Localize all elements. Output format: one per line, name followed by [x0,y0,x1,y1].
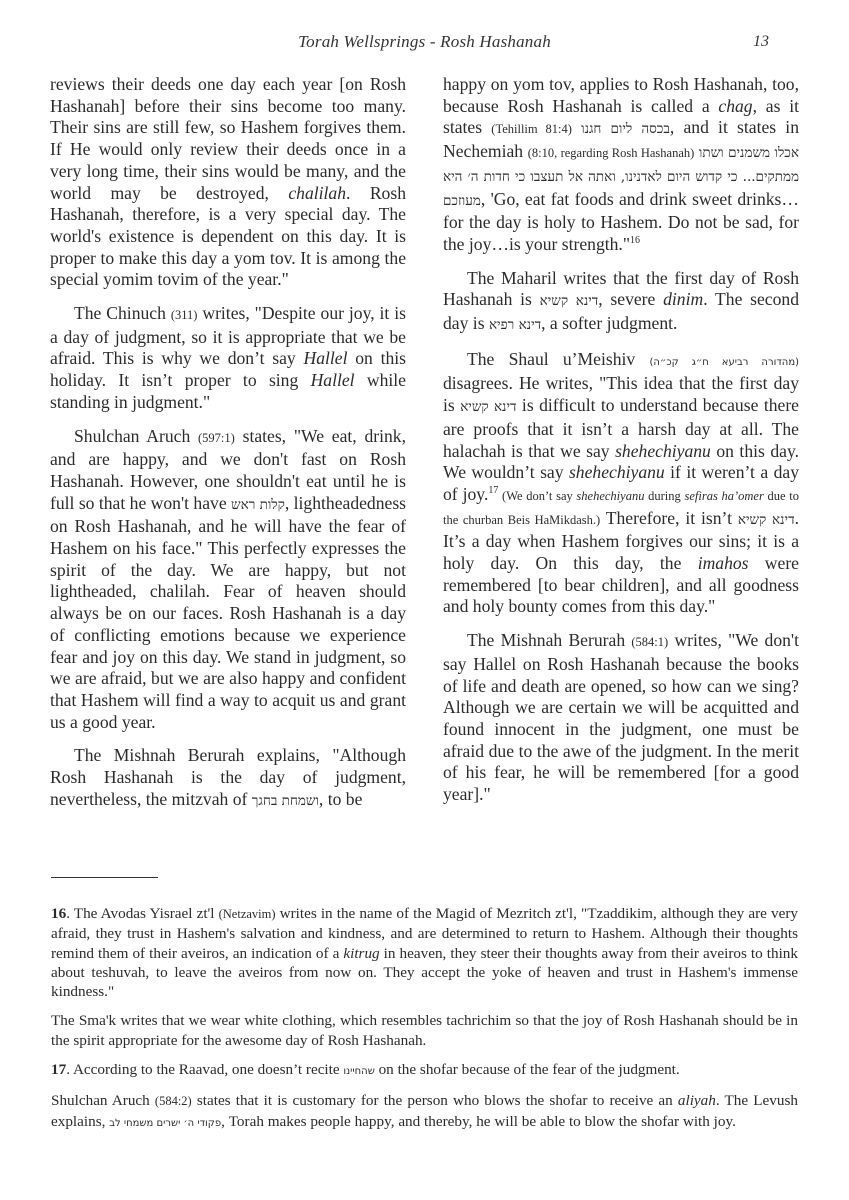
footnotes: 16. The Avodas Yisrael zt'l (Netzavim) w… [51,904,798,1143]
hebrew-text: קלות ראש [231,497,285,513]
hebrew-text: דינא רפיא [489,317,541,333]
paragraph-mishnah-berurah-584: The Mishnah Berurah (584:1) writes, "We … [443,630,799,806]
footnote-17: 17. According to the Raavad, one doesn’t… [51,1060,798,1081]
hebrew-text: שהחיינו [343,1066,374,1077]
text-span: , 'Go, eat fat foods and drink sweet dri… [443,189,799,254]
text-span: (We don’t say [498,489,576,503]
left-column: reviews their deeds one day each year [o… [50,74,406,825]
text-span: , Torah makes people happy, and thereby,… [221,1113,736,1130]
page-header: Torah Wellsprings - Rosh Hashanah 13 [0,32,849,58]
text-span: chalilah [288,183,346,203]
text-span: on the shofar because of the fear of the… [375,1061,680,1078]
text-span: imahos [698,553,749,573]
text-span: dinim [663,289,703,309]
text-span: The Chinuch [74,303,171,323]
paragraph: reviews their deeds one day each year [o… [50,74,406,291]
text-span: chag [718,96,752,116]
footnote-number: 16 [51,905,66,922]
citation: (8:10, regarding Rosh Hashanah) [528,146,695,160]
paragraph-mishnah-berurah: The Mishnah Berurah explains, "Although … [50,745,406,812]
paragraph-maharil: The Maharil writes that the first day of… [443,268,799,337]
footnote-16: 16. The Avodas Yisrael zt'l (Netzavim) w… [51,904,798,1001]
citation: (Netzavim) [219,907,276,921]
text-span: Hallel [311,370,355,390]
running-title: Torah Wellsprings - Rosh Hashanah [0,32,849,52]
citation: (584:2) [155,1094,192,1108]
footnote-marker[interactable]: 17 [488,485,498,496]
text-span: . The Avodas Yisrael zt'l [66,905,218,922]
footnote-smak: The Sma'k writes that we wear white clot… [51,1011,798,1050]
text-span: , severe [598,289,663,309]
text-span: states that it is customary for the pers… [192,1092,678,1109]
paragraph-shulchan-aruch: Shulchan Aruch (597:1) states, "We eat, … [50,426,406,734]
footnote-number: 17 [51,1061,66,1078]
citation: (584:1) [631,635,668,649]
hebrew-text: דינא קשיא [540,293,599,309]
text-span: Shulchan Aruch [74,426,198,446]
text-span: shehechiyanu [569,462,665,482]
text-span: Hallel [303,348,347,368]
footnote-separator [51,877,158,878]
text-span: . According to the Raavad, one doesn’t r… [66,1061,343,1078]
text-span: writes, "We don't say Hallel on Rosh Has… [443,630,799,804]
text-span: The Shaul u’Meishiv [467,349,649,369]
citation: (Tehillim 81:4) [491,122,572,136]
text-span: Shulchan Aruch [51,1092,155,1109]
text-span: , lightheadedness on Rosh Hashanah, and … [50,493,406,732]
text-span: aliyah [678,1092,716,1109]
footnote-marker[interactable]: 16 [630,235,640,246]
hebrew-text: דינא קשיא [738,512,795,528]
text-span: shehechiyanu [615,441,711,461]
text-span: The Mishnah Berurah [467,630,631,650]
text-span: during [644,489,684,503]
citation: (597:1) [198,431,235,445]
page-number: 13 [753,33,769,51]
hebrew-text: ושמחת בחגך [252,793,319,809]
hebrew-text: בכסה ליום חגנו [581,121,670,137]
text-span: , a softer judgment. [541,313,677,333]
hebrew-text: דינא קשיא [460,399,516,415]
footnote-shulchan-aruch: Shulchan Aruch (584:2) states that it is… [51,1091,798,1133]
text-span: kitrug [343,945,379,962]
citation: (311) [171,308,198,322]
citation-hebrew: (מהדורה רביעא ח״ג קכ״ה) [649,357,799,368]
hebrew-text: פקודי ה׳ ישרים משמחי לב [109,1118,221,1129]
text-span: shehechiyanu [576,489,644,503]
text-span: Therefore, it isn’t [600,508,738,528]
paragraph-chinuch: The Chinuch (311) writes, "Despite our j… [50,303,406,414]
right-column: happy on yom tov, applies to Rosh Hashan… [443,74,799,818]
text-span: , to be [319,789,363,809]
paragraph-shaul-umeishiv: The Shaul u’Meishiv (מהדורה רביעא ח״ג קכ… [443,349,799,618]
text-span: sefiras ha’omer [684,489,763,503]
paragraph: happy on yom tov, applies to Rosh Hashan… [443,74,799,256]
